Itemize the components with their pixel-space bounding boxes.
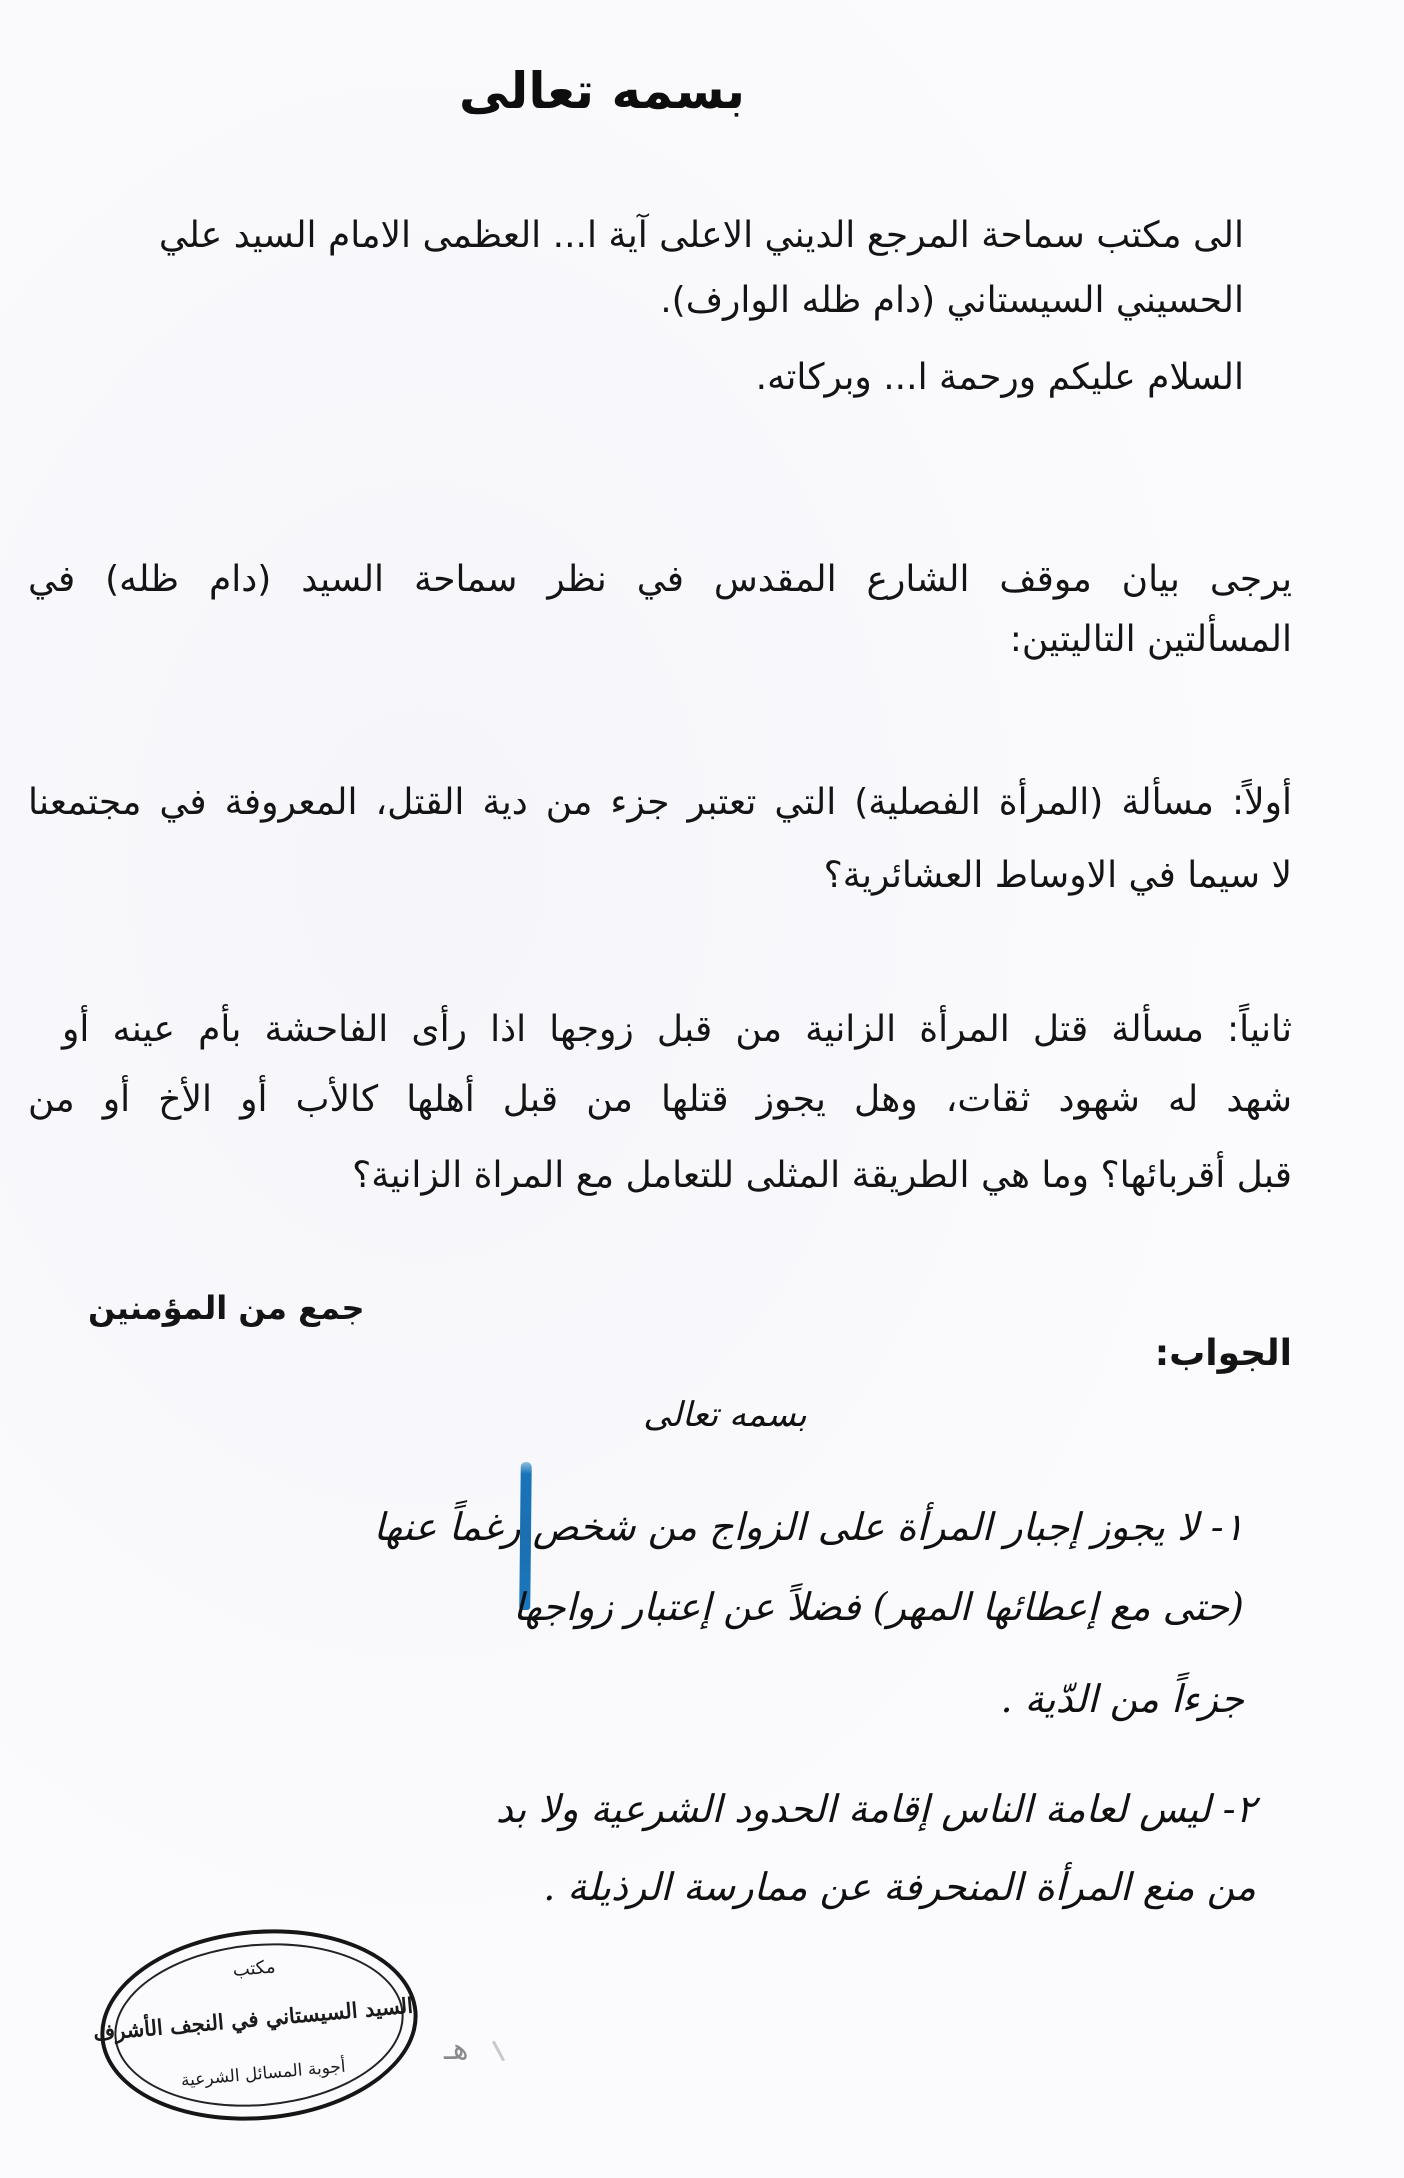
answer-heading: بسمه تعالى: [560, 1395, 890, 1435]
answer-line-5: من منع المرأة المنحرفة عن ممارسة الرذيلة…: [156, 1868, 1256, 1906]
answer-line-2: (حتى مع إعطائها المهر) فضلاً عن إعتبار ز…: [164, 1588, 1244, 1626]
faint-pen-stroke: [492, 2041, 505, 2062]
answer-line-4: ٢- ليس لعامة الناس إقامة الحدود الشرعية …: [156, 1790, 1256, 1828]
signature: جمع من المؤمنين: [88, 1292, 365, 1324]
request-line-2: المسألتين التاليتين:: [192, 622, 1292, 658]
greeting-line: السلام عليكم ورحمة ا... وبركاته.: [164, 360, 1244, 396]
scanned-page: بسمه تعالى الى مكتب سماحة المرجع الديني …: [0, 0, 1404, 2178]
address-line-2: الحسيني السيستاني (دام ظله الوارف).: [164, 283, 1244, 319]
question-2-line-1: ثانياً: مسألة قتل المرأة الزانية من قبل …: [62, 1012, 1292, 1048]
office-stamp: مكتب السيد السيستاني في النجف الأشرف أجو…: [92, 1917, 425, 2134]
answer-line-1: ١- لا يجوز إجبار المرأة على الزواج من شخ…: [164, 1508, 1244, 1546]
question-1-line-2: لا سيما في الاوساط العشائرية؟: [192, 858, 1292, 894]
answer-line-3: جزءاً من الدّية .: [164, 1680, 1244, 1718]
page-title: بسمه تعالى: [500, 62, 745, 120]
question-2-line-3: قبل أقربائها؟ وما هي الطريقة المثلى للتع…: [192, 1158, 1292, 1194]
request-line-1: يرجى بيان موقف الشارع المقدس في نظر سماح…: [28, 562, 1292, 598]
question-2-line-2: شهد له شهود ثقات، وهل يجوز قتلها من قبل …: [28, 1082, 1292, 1118]
question-1-line-1: أولاً: مسألة (المرأة الفصلية) التي تعتبر…: [28, 785, 1292, 821]
address-line-1: الى مكتب سماحة المرجع الديني الاعلى آية …: [164, 218, 1244, 254]
hijri-mark: هـ: [444, 2032, 469, 2067]
answer-label: الجواب:: [992, 1336, 1292, 1372]
